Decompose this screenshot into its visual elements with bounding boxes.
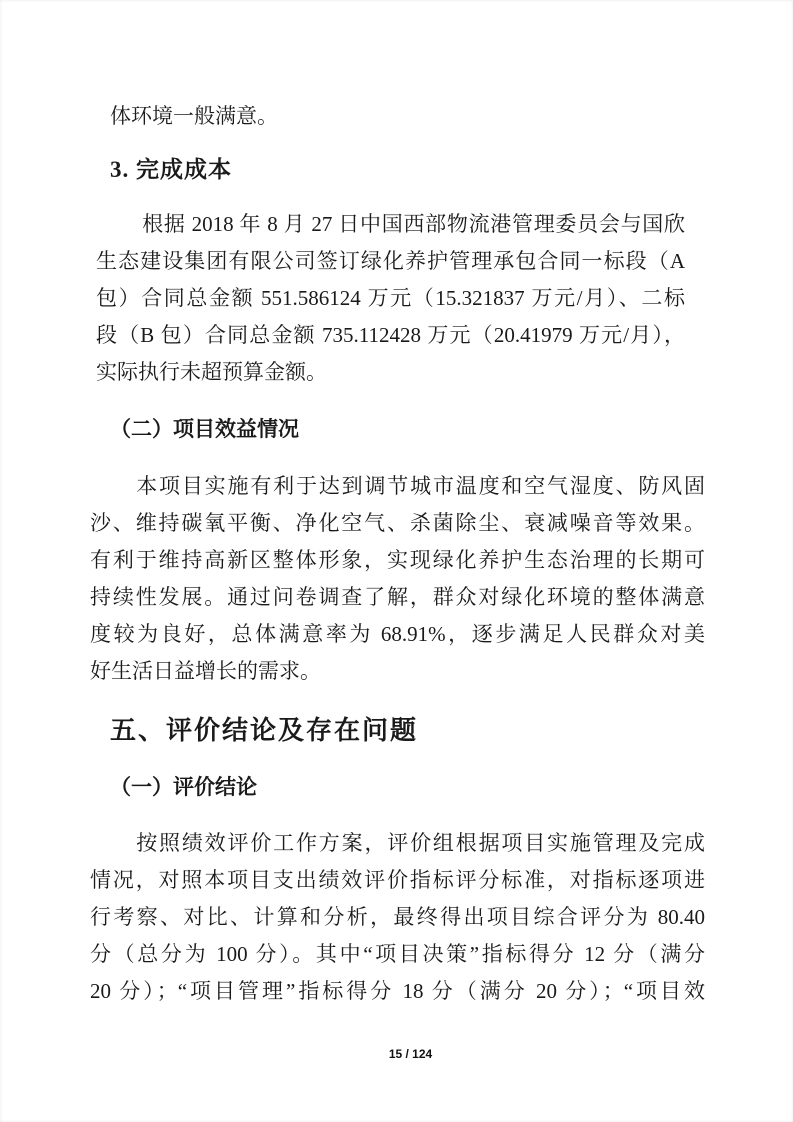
paragraph-line: 根据 2018 年 8 月 27 日中国西部物流港管理委员会与国欣 [90, 206, 705, 243]
paragraph-line: 20 分）；“项目管理”指标得分 18 分（满分 20 分）；“项目效 [90, 973, 705, 1010]
paragraph-line: 段（B 包）合同总金额 735.112428 万元（20.41979 万元/月）… [90, 317, 705, 354]
paragraph-benefit: 本项目实施有利于达到调节城市温度和空气湿度、防风固 沙、维持碳氧平衡、净化空气、… [90, 468, 705, 690]
paragraph-line: 生态建设集团有限公司签订绿化养护管理承包合同一标段（A [90, 243, 705, 280]
heading-3-completion-cost: 3. 完成成本 [90, 151, 705, 188]
paragraph-line: 按照绩效评价工作方案，评价组根据项目实施管理及完成 [90, 825, 705, 862]
heading-1-evaluation-conclusion: 五、评价结论及存在问题 [90, 710, 705, 750]
page-number: 15 / 124 [0, 1047, 793, 1061]
paragraph-cost: 根据 2018 年 8 月 27 日中国西部物流港管理委员会与国欣 生态建设集团… [90, 206, 705, 391]
paragraph-line: 实际执行未超预算金额。 [90, 354, 705, 391]
heading-2-project-benefit: （二）项目效益情况 [90, 411, 705, 448]
paragraph-line: 持续性发展。通过问卷调查了解，群众对绿化环境的整体满意 [90, 579, 705, 616]
paragraph-line: 包）合同总金额 551.586124 万元（15.321837 万元/月）、二标 [90, 280, 705, 317]
paragraph-line: 情况，对照本项目支出绩效评价指标评分标准，对指标逐项进 [90, 862, 705, 899]
paragraph-line: 行考察、对比、计算和分析，最终得出项目综合评分为 80.40 [90, 899, 705, 936]
paragraph-line: 沙、维持碳氧平衡、净化空气、杀菌除尘、衰减噪音等效果。 [90, 505, 705, 542]
paragraph-conclusion: 按照绩效评价工作方案，评价组根据项目实施管理及完成 情况，对照本项目支出绩效评价… [90, 825, 705, 1010]
paragraph-line: 本项目实施有利于达到调节城市温度和空气湿度、防风固 [90, 468, 705, 505]
document-page: 体环境一般满意。 3. 完成成本 根据 2018 年 8 月 27 日中国西部物… [0, 0, 793, 1122]
paragraph-line: 有利于维持高新区整体形象，实现绿化养护生态治理的长期可 [90, 542, 705, 579]
paragraph-line: 度较为良好，总体满意率为 68.91%，逐步满足人民群众对美 [90, 616, 705, 653]
paragraph-line: 分（总分为 100 分）。其中“项目决策”指标得分 12 分（满分 [90, 936, 705, 973]
paragraph-line: 好生活日益增长的需求。 [90, 653, 705, 690]
paragraph-continuation-line: 体环境一般满意。 [90, 98, 705, 135]
heading-2-evaluation-conclusion: （一）评价结论 [90, 769, 705, 806]
document-body: 体环境一般满意。 3. 完成成本 根据 2018 年 8 月 27 日中国西部物… [0, 0, 793, 1010]
